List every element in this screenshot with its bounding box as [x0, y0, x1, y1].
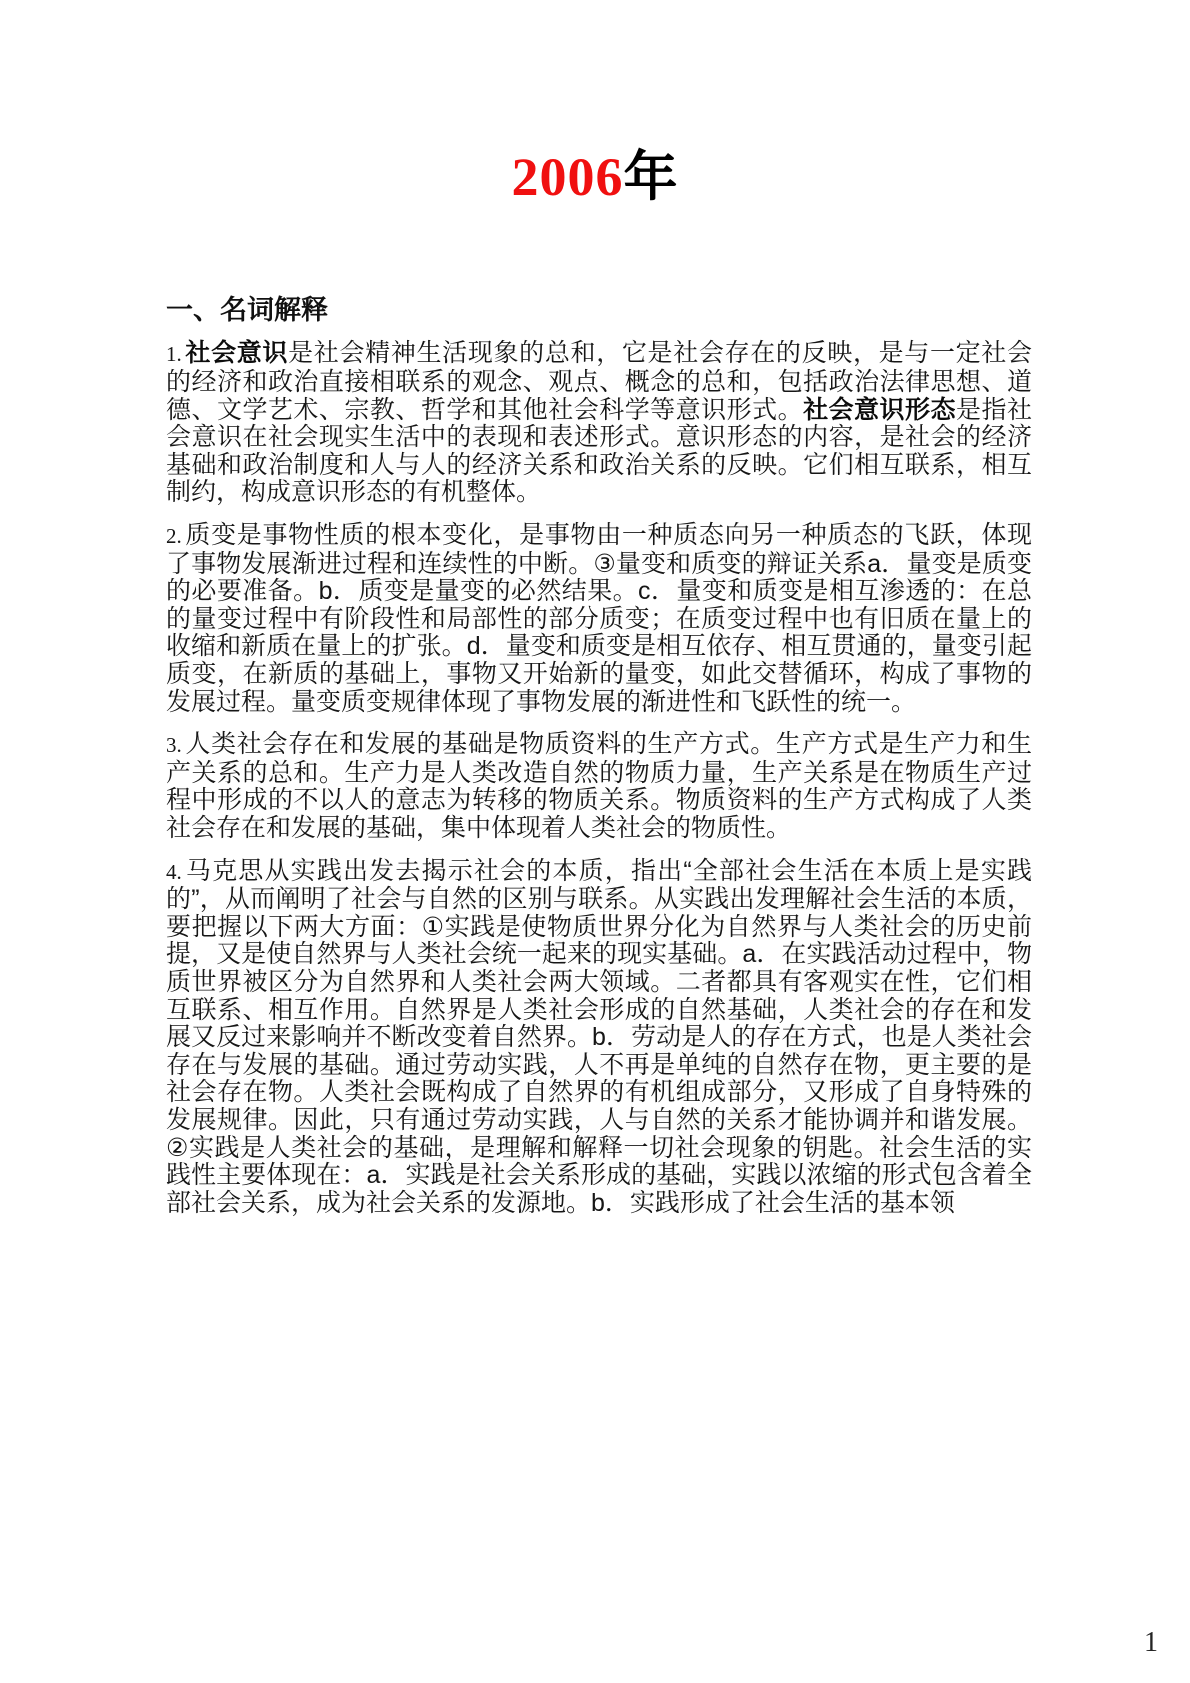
section-heading: 一、名词解释 — [166, 294, 1032, 326]
paragraph: 1.社会意识是社会精神生活现象的总和，它是社会存在的反映，是与一定社会的经济和政… — [166, 340, 1032, 507]
page-number: 1 — [1144, 1627, 1158, 1659]
document-page: 2006年 一、名词解释 1.社会意识是社会精神生活现象的总和，它是社会存在的反… — [0, 0, 1190, 1683]
paragraph: 4.马克思从实践出发去揭示社会的本质，指出“全部社会生活在本质上是实践的”，从而… — [166, 858, 1032, 1218]
paragraph-number: 2. — [166, 524, 185, 548]
document-title: 2006年 — [0, 0, 1190, 208]
paragraph-number: 1. — [166, 342, 185, 366]
paragraphs-container: 1.社会意识是社会精神生活现象的总和，它是社会存在的反映，是与一定社会的经济和政… — [166, 340, 1032, 1217]
key-term: 社会意识形态 — [803, 396, 956, 424]
paragraph-text: 人类社会存在和发展的基础是物质资料的生产方式。生产方式是生产力和生产关系的总和。… — [166, 730, 1032, 842]
paragraph-number: 4. — [166, 860, 185, 884]
paragraph: 2.质变是事物性质的根本变化，是事物由一种质态向另一种质态的飞跃，体现了事物发展… — [166, 522, 1032, 716]
paragraph: 3.人类社会存在和发展的基础是物质资料的生产方式。生产方式是生产力和生产关系的总… — [166, 731, 1032, 842]
paragraph-text: 马克思从实践出发去揭示社会的本质，指出“全部社会生活在本质上是实践的”，从而阐明… — [166, 857, 1032, 1217]
paragraph-number: 3. — [166, 733, 185, 757]
document-body: 一、名词解释 1.社会意识是社会精神生活现象的总和，它是社会存在的反映，是与一定… — [166, 294, 1032, 1217]
paragraph-text: 质变是事物性质的根本变化，是事物由一种质态向另一种质态的飞跃，体现了事物发展渐进… — [166, 521, 1032, 716]
title-year: 2006 — [512, 147, 624, 207]
title-suffix: 年 — [624, 147, 679, 207]
key-term: 社会意识 — [185, 339, 288, 367]
